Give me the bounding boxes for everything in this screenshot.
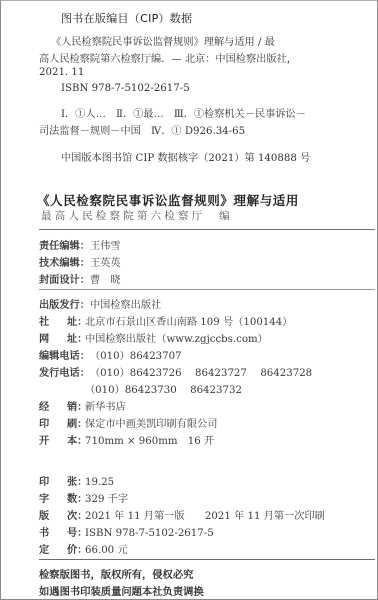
cip-classification-1: Ⅰ．①人… Ⅱ．①最… Ⅲ．①检察机关－民事诉讼－	[61, 105, 306, 120]
cip-line-2: 高人民检察院第六检察厅编．— 北京：中国检察出版社，	[39, 50, 297, 65]
info-row-website: 网址：中国检察出版社（www.zgjccbs.com）	[39, 330, 268, 345]
info-value: 2021 年 11 月第一版 2021 年 11 月第一次印刷	[85, 511, 325, 522]
cip-line-3: 2021. 11	[39, 67, 84, 78]
info-label: 字	[39, 490, 67, 505]
info-label: 版	[39, 507, 67, 522]
info-value: 66.00 元	[85, 545, 128, 556]
info-value: 329 千字	[85, 494, 128, 505]
copyright-page: 图书在版编目（CIP）数据 《人民检察院民事诉讼监督规则》理解与适用 / 最 高…	[0, 0, 378, 600]
divider-rule-1	[39, 229, 375, 230]
info-row-address: 社址：北京市石景山区香山南路 109 号（100144）	[39, 313, 292, 328]
info-row-price: 定价：66.00 元	[39, 541, 128, 556]
editor-value: 王伟雪	[90, 241, 121, 252]
info-value: 中国检察出版社（www.zgjccbs.com）	[85, 334, 268, 345]
editor-label: 责任编辑：	[39, 237, 90, 252]
info-row-publisher: 出版发行：中国检察出版社	[39, 296, 161, 311]
cip-verification-number: 中国版本图书馆 CIP 数据核字（2021）第 140888 号	[61, 149, 310, 164]
cip-heading: 图书在版编目（CIP）数据	[61, 10, 192, 26]
info-label: 编辑电话：	[39, 347, 90, 362]
info-row-sheets: 印张：19.25	[39, 473, 114, 488]
editor-label: 技术编辑：	[39, 254, 90, 269]
info-value: ISBN 978-7-5102-2617-5	[85, 528, 214, 539]
divider-rule-2	[39, 289, 375, 290]
info-value: 北京市石景山区香山南路 109 号（100144）	[85, 317, 292, 328]
info-value: 新华书店	[85, 402, 126, 413]
divider-rule-3	[39, 559, 375, 560]
info-row-printer: 印刷：保定市中画美凯印刷有限公司	[39, 415, 217, 430]
info-row-isbn: 书号：ISBN 978-7-5102-2617-5	[39, 524, 214, 539]
info-row-edition: 版次：2021 年 11 月第一版 2021 年 11 月第一次印刷	[39, 507, 325, 522]
cip-line-1: 《人民检察院民事诉讼监督规则》理解与适用 / 最	[51, 33, 275, 48]
info-row-format: 开本：710mm × 960mm 16 开	[39, 432, 214, 447]
info-row-distribution-phone: 发行电话：（010）86423726 86423727 86423728	[39, 364, 312, 379]
info-row-word-count: 字数：329 千字	[39, 490, 128, 505]
info-label: 出版发行：	[39, 296, 90, 311]
editor-label: 封面设计：	[39, 271, 90, 286]
info-row-editorial-phone: 编辑电话：（010）86423707	[39, 347, 182, 362]
info-label: 印	[39, 473, 67, 488]
editor-value: 曹 晓	[90, 275, 121, 286]
info-label: 发行电话：	[39, 364, 90, 379]
cip-classification-2: 司法监督－规则－中国 Ⅳ．① D926.34-65	[39, 122, 245, 137]
info-label: 社	[39, 313, 67, 328]
editor-row-technical: 技术编辑：王英英	[39, 254, 121, 269]
info-label: 开	[39, 432, 67, 447]
info-value: （010）86423726 86423727 86423728	[90, 368, 312, 379]
quality-notice: 如遇图书印装质量问题本社负责调换	[39, 583, 204, 598]
info-value: 710mm × 960mm 16 开	[85, 436, 214, 447]
info-value: 19.25	[85, 477, 114, 488]
copyright-notice: 检察版图书，版权所有，侵权必究	[39, 566, 193, 581]
book-title: 《人民检察院民事诉讼监督规则》理解与适用	[37, 191, 299, 209]
info-label: 定	[39, 541, 67, 556]
info-label: 经	[39, 398, 67, 413]
info-value: 保定市中画美凯印刷有限公司	[85, 419, 217, 430]
book-author: 最高人民检察院第六检察厅 编	[41, 208, 233, 223]
info-row-distribution-phone-cont: （010）86423730 86423732	[85, 381, 242, 396]
cip-isbn: ISBN 978-7-5102-2617-5	[61, 83, 190, 94]
editor-value: 王英英	[90, 258, 121, 269]
info-row-distributor: 经销：新华书店	[39, 398, 126, 413]
info-value: （010）86423707	[90, 351, 182, 362]
editor-row-responsible: 责任编辑：王伟雪	[39, 237, 121, 252]
info-label: 网	[39, 330, 67, 345]
info-label: 书	[39, 524, 67, 539]
editor-row-cover-design: 封面设计：曹 晓	[39, 271, 121, 286]
info-value: 中国检察出版社	[90, 300, 161, 311]
info-value: （010）86423730 86423732	[85, 385, 242, 396]
info-label: 印	[39, 415, 67, 430]
